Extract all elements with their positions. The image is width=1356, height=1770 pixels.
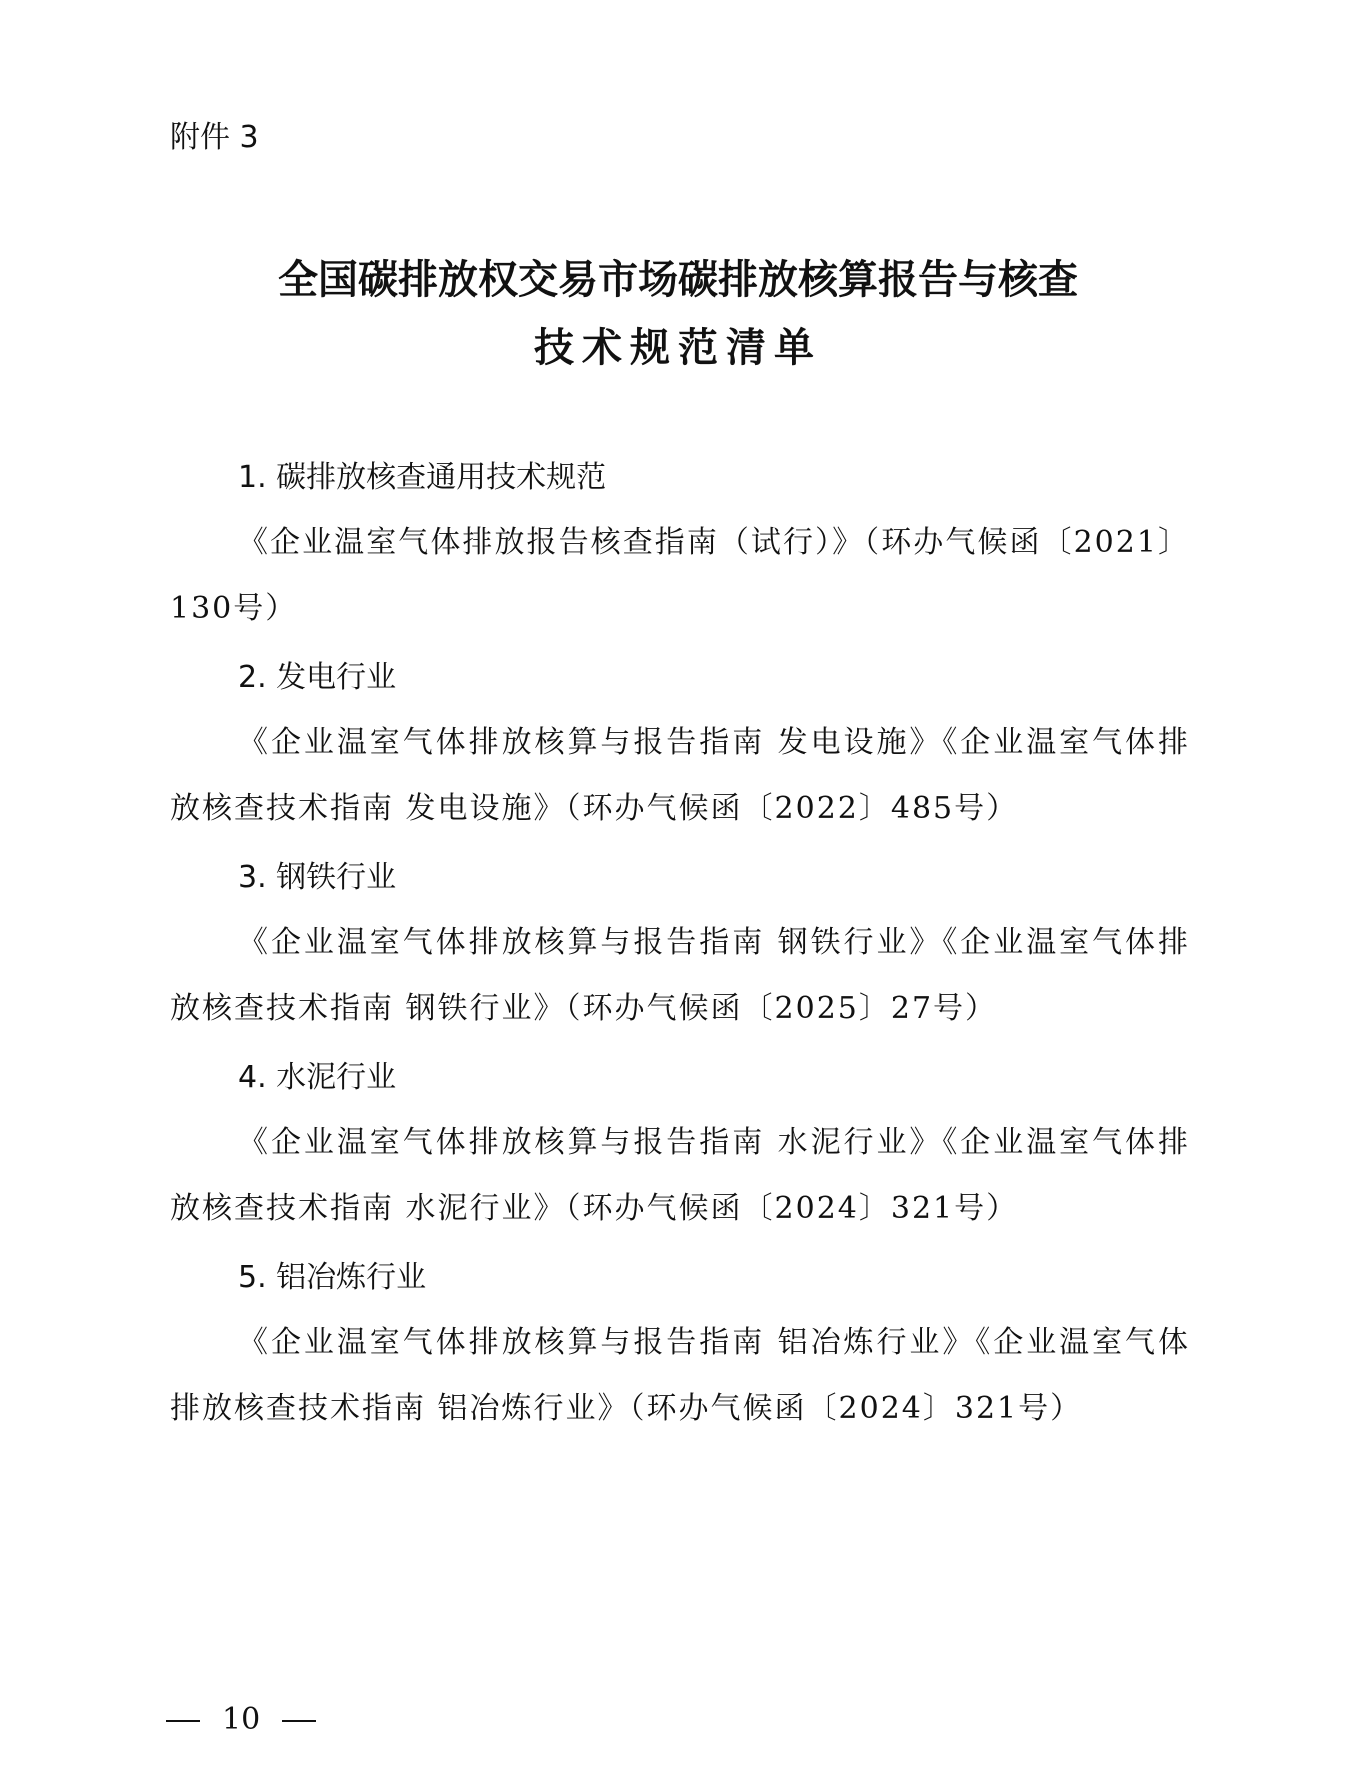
- section-text-1: 《企业温室气体排放报告核查指南（试行）》（环办气候函〔2021〕130号）: [170, 510, 1190, 642]
- dash-left: [166, 1720, 200, 1722]
- section-heading-1: 1. 碳排放核查通用技术规范: [238, 452, 606, 496]
- section-heading-4: 4. 水泥行业: [238, 1052, 396, 1096]
- section-heading-2: 2. 发电行业: [238, 652, 396, 696]
- section-text-5: 《企业温室气体排放核算与报告指南 铝冶炼行业》《企业温室气体排放核查技术指南 铝…: [170, 1310, 1190, 1442]
- section-heading-5: 5. 铝冶炼行业: [238, 1252, 426, 1296]
- page-number: 10: [222, 1702, 260, 1737]
- document-page: 附件 3 全国碳排放权交易市场碳排放核算报告与核查 技术规范清单 1. 碳排放核…: [0, 0, 1356, 1770]
- document-title-line-2: 技术规范清单: [0, 316, 1356, 373]
- document-title-line-1: 全国碳排放权交易市场碳排放核算报告与核查: [0, 248, 1356, 305]
- section-text-3: 《企业温室气体排放核算与报告指南 钢铁行业》《企业温室气体排放核查技术指南 钢铁…: [170, 910, 1190, 1042]
- page-number-footer: 10: [166, 1702, 338, 1737]
- dash-right: [282, 1720, 316, 1722]
- section-text-4: 《企业温室气体排放核算与报告指南 水泥行业》《企业温室气体排放核查技术指南 水泥…: [170, 1110, 1190, 1242]
- section-text-2: 《企业温室气体排放核算与报告指南 发电设施》《企业温室气体排放核查技术指南 发电…: [170, 710, 1190, 842]
- attachment-label: 附件 3: [170, 112, 259, 156]
- section-heading-3: 3. 钢铁行业: [238, 852, 396, 896]
